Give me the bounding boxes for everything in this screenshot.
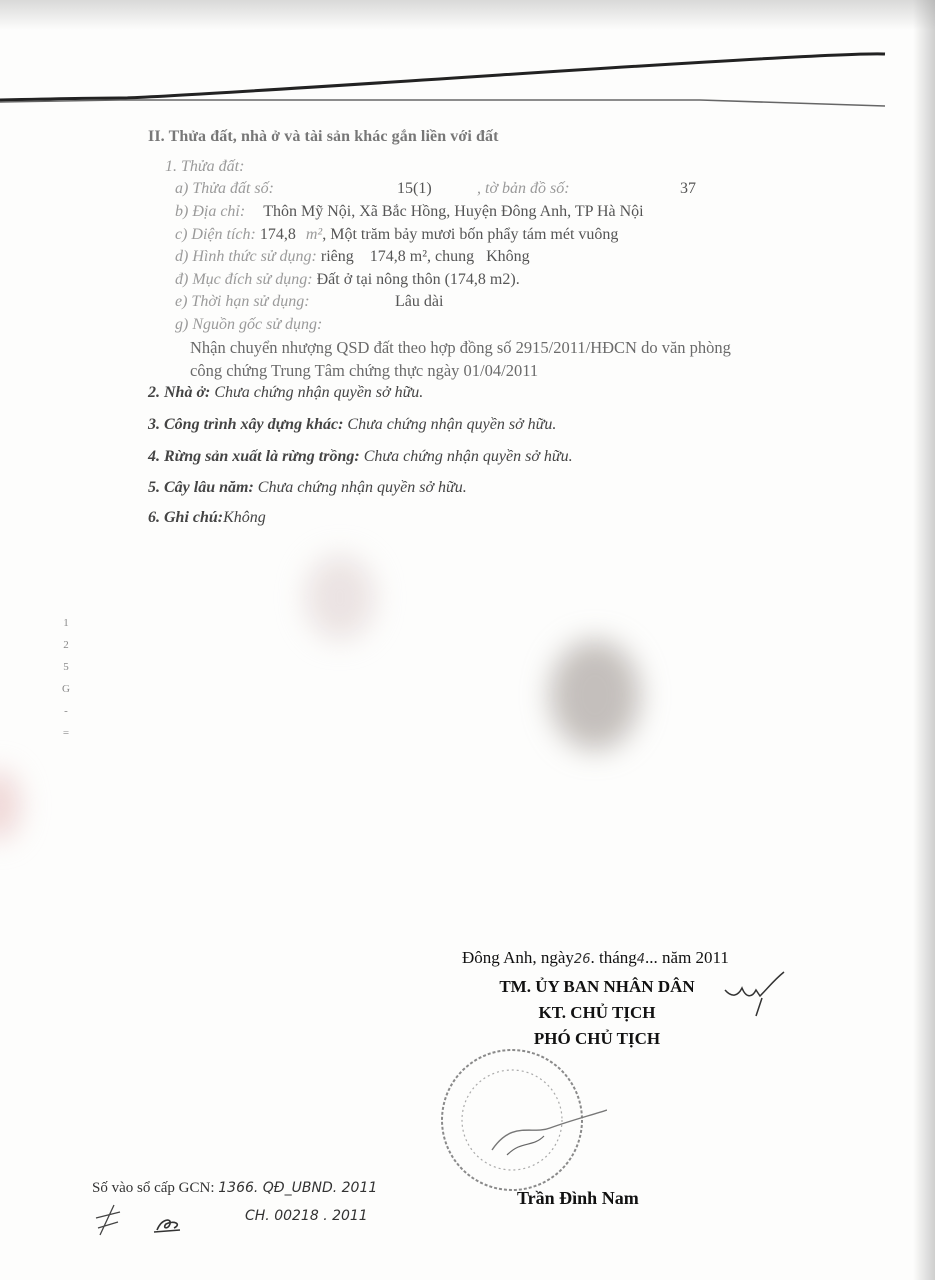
stain [550, 640, 640, 750]
stain [305, 555, 375, 640]
term-label: e) Thời hạn sử dụng: [175, 293, 310, 310]
term-row: e) Thời hạn sử dụng: Lâu dài [175, 293, 310, 311]
usage-form-label: d) Hình thức sử dụng: [175, 248, 317, 265]
address-row: b) Địa chỉ: Thôn Mỹ Nội, Xã Bắc Hồng, Hu… [175, 203, 644, 221]
stain [0, 770, 20, 840]
handwritten-month: 4 [637, 952, 645, 967]
official-seal-icon [432, 1040, 607, 1195]
purpose-value: Đất ở tại nông thôn (174,8 m2). [317, 271, 520, 288]
parcel-label: a) Thửa đất số: [175, 180, 274, 197]
address-label: b) Địa chỉ: [175, 203, 245, 220]
item-perennial-trees: 5. Cây lâu năm: Chưa chứng nhận quyền sở… [148, 479, 467, 497]
item-house: 2. Nhà ở: Chưa chứng nhận quyền sở hữu. [148, 384, 423, 402]
parcel-row: a) Thửa đất số: 15(1) , tờ bản đồ số: 37 [175, 180, 274, 198]
header-rules [0, 40, 935, 120]
registry-value-2: CH. 00218 . 2011 [245, 1208, 368, 1224]
registry-label: Số vào sổ cấp GCN: [92, 1180, 215, 1196]
place-date: Đông Anh, ngày26. tháng4... năm 2011 [462, 948, 822, 968]
role-committee: TM. ỦY BAN NHÂN DÂN [462, 974, 732, 1000]
usage-form-shared-value: Không [486, 248, 530, 265]
origin-row: g) Nguồn gốc sử dụng: [175, 316, 322, 334]
purpose-row: đ) Mục đích sử dụng: Đất ở tại nông thôn… [175, 271, 520, 289]
area-words: , Một trăm bảy mươi bốn phẩy tám mét vuô… [322, 226, 618, 243]
area-label: c) Diện tích: [175, 226, 256, 243]
role-on-behalf: KT. CHỦ TỊCH [462, 1000, 732, 1026]
area-unit: m² [306, 226, 322, 243]
item-notes: 6. Ghi chú:Không [148, 509, 266, 527]
purpose-label: đ) Mục đích sử dụng: [175, 271, 313, 288]
term-value: Lâu dài [395, 293, 443, 311]
map-sheet-value: 37 [680, 180, 696, 198]
usage-form-row: d) Hình thức sử dụng: riêng 174,8 m², ch… [175, 248, 530, 266]
initial-signature-icon [720, 968, 790, 1023]
usage-form-private-value: 174,8 m² [370, 248, 427, 265]
origin-line-2: công chứng Trung Tâm chứng thực ngày 01/… [190, 361, 538, 381]
section-title: II. Thửa đất, nhà ở và tài sản khác gắn … [148, 128, 499, 146]
area-row: c) Diện tích: 174,8 m², Một trăm bảy mươ… [175, 226, 618, 244]
origin-label: g) Nguồn gốc sử dụng: [175, 316, 322, 333]
item-planted-forest: 4. Rừng sản xuất là rừng trồng: Chưa chứ… [148, 448, 573, 466]
registry-number: Số vào sổ cấp GCN: 1366. QĐ_UBND. 2011 [92, 1180, 377, 1197]
signer-name: Trần Đình Nam [517, 1188, 639, 1209]
area-value: 174,8 [260, 226, 296, 243]
land-heading: 1. Thửa đất: [165, 158, 244, 176]
item-other-construction: 3. Công trình xây dựng khác: Chưa chứng … [148, 416, 556, 434]
map-sheet-label: , tờ bản đồ số: [477, 180, 570, 198]
parcel-value: 15(1) [397, 180, 432, 198]
margin-marks: 1 2 5 G - = [58, 612, 74, 744]
handwritten-initials-icon [92, 1200, 202, 1240]
origin-line-1: Nhận chuyển nhượng QSD đất theo hợp đồng… [190, 338, 731, 358]
address-value: Thôn Mỹ Nội, Xã Bắc Hồng, Huyện Đông Anh… [263, 203, 643, 220]
registry-value-1: 1366. QĐ_UBND. 2011 [218, 1180, 377, 1196]
handwritten-day: 26 [574, 952, 591, 967]
